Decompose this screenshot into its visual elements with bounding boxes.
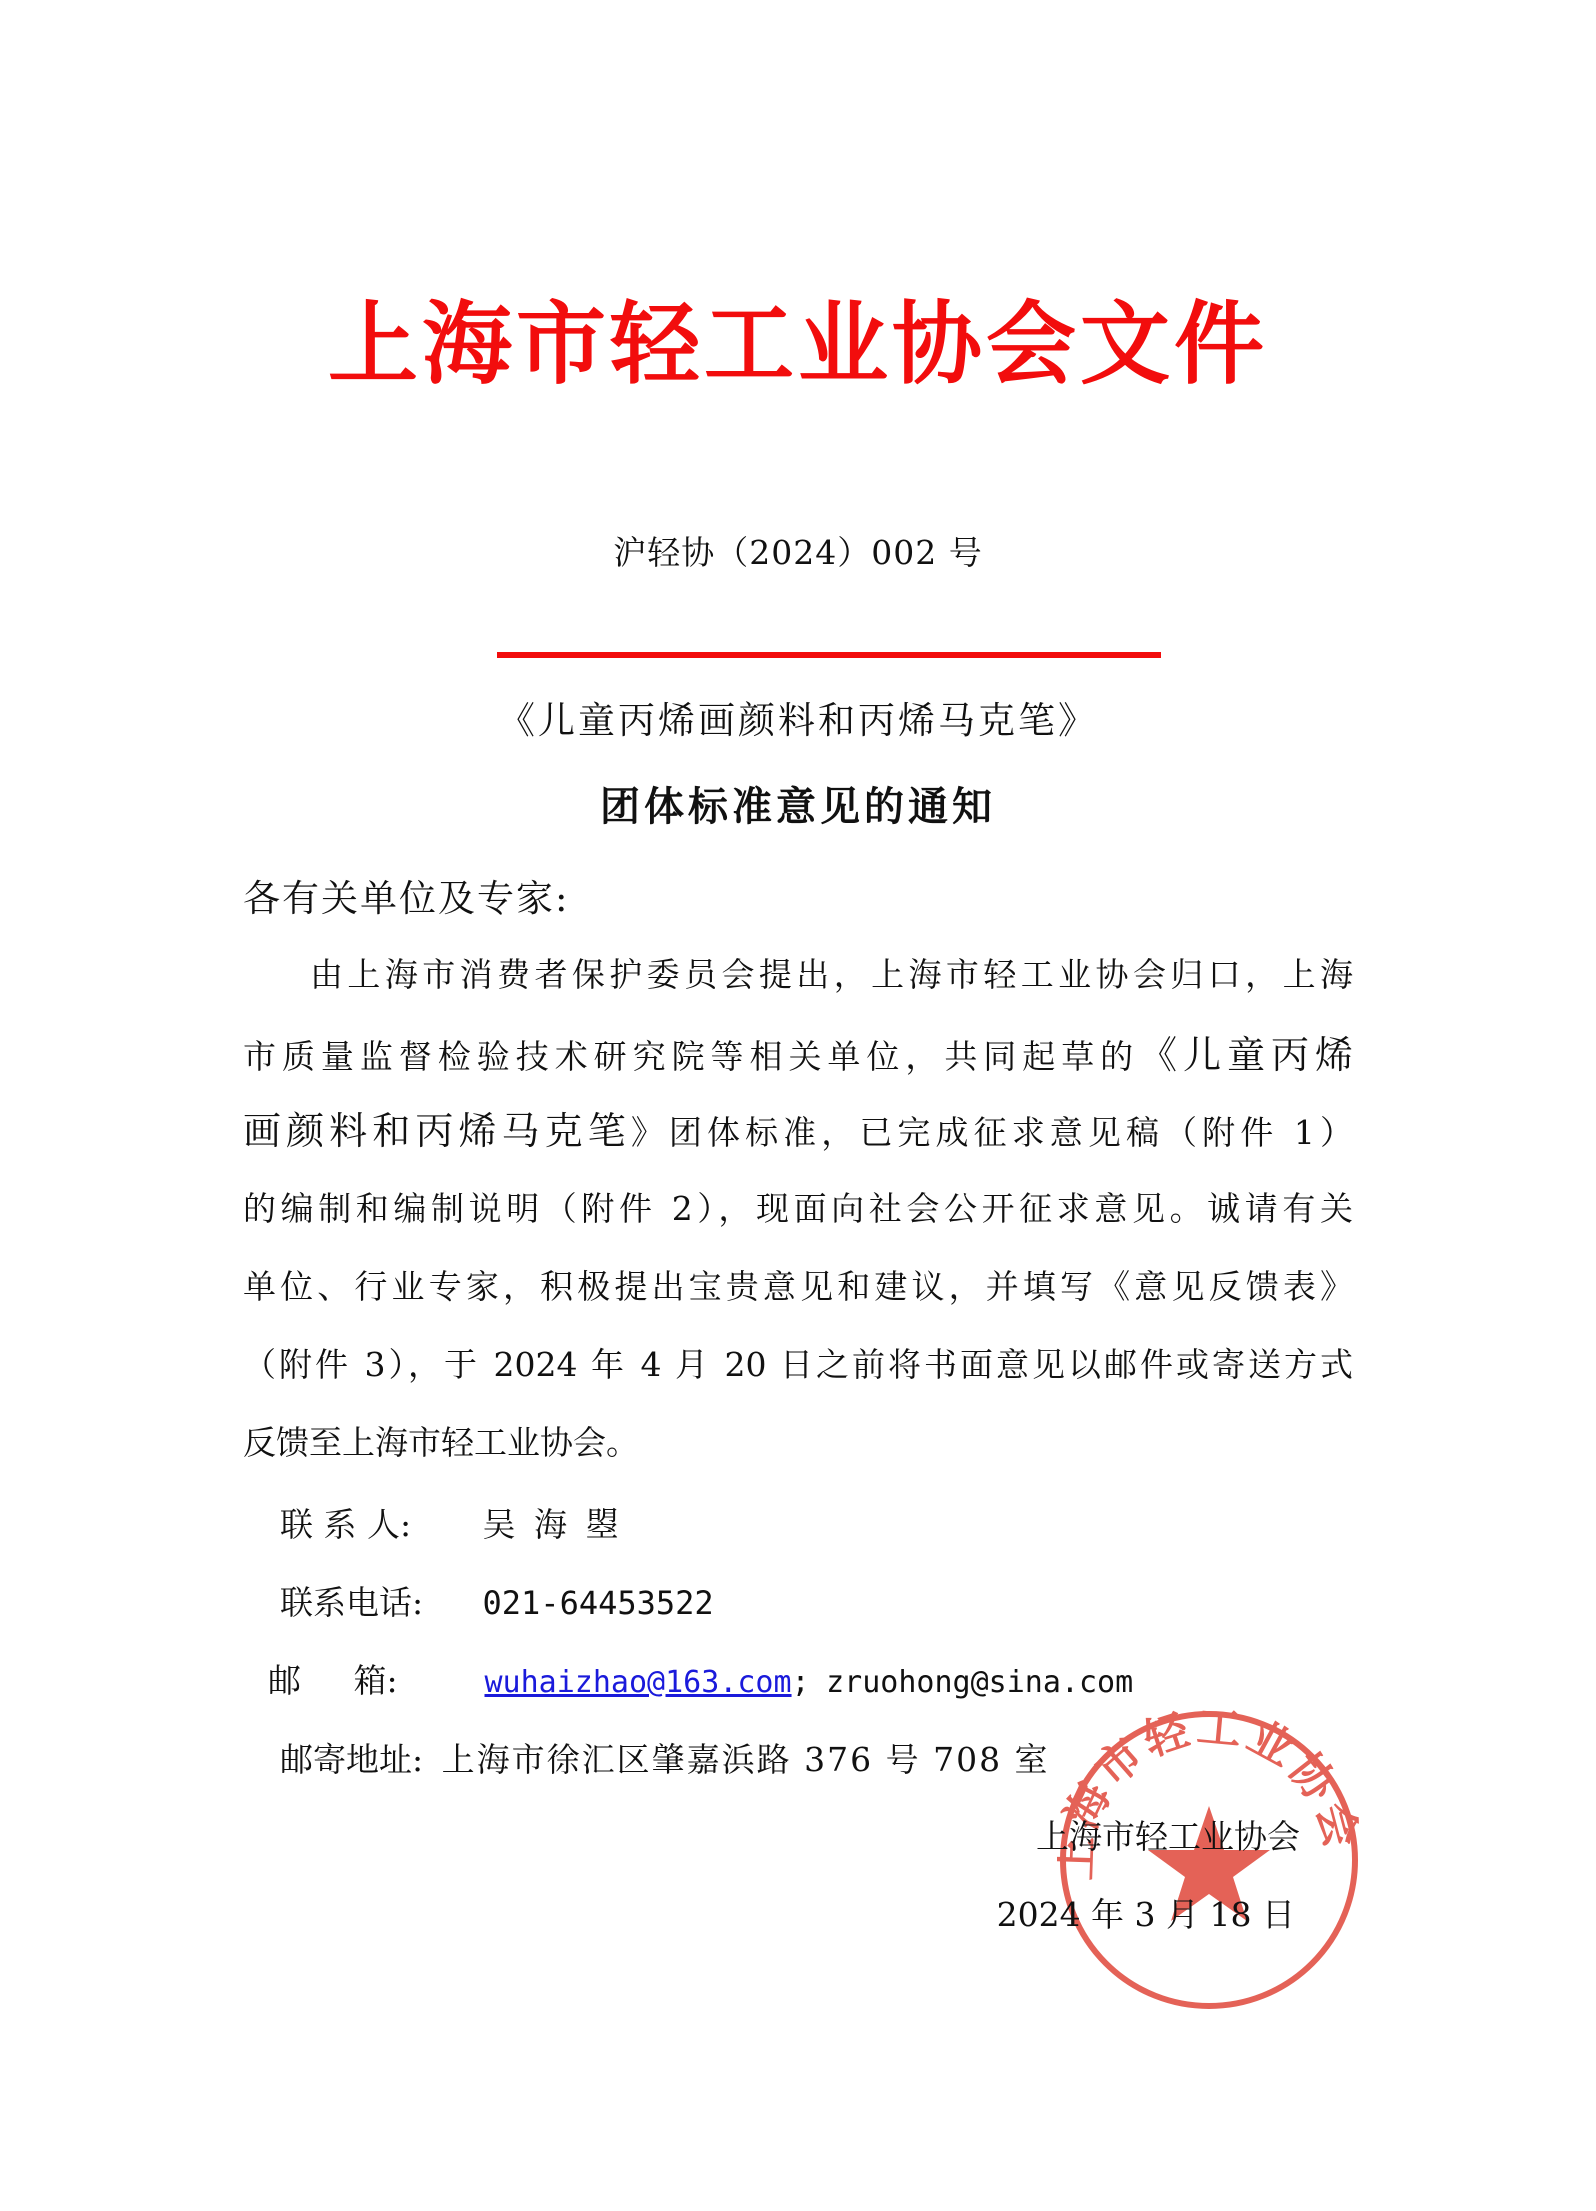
masthead-title: 上海市轻工业协会文件 — [0, 300, 1596, 390]
official-seal-stamp: 上海市轻工业协会 — [1057, 1708, 1361, 2012]
document-number: 沪轻协（2024）002 号 — [0, 536, 1596, 569]
contact-email-label: 邮 箱: — [268, 1664, 464, 1697]
standard-name-start: 《儿童丙烯 — [1139, 1033, 1353, 1077]
red-divider-line — [497, 652, 1161, 658]
email-secondary: zruohong@sina.com — [826, 1665, 1133, 1700]
body-line-3-text: 》团体标准，已完成征求意见稿（附件 1） — [631, 1113, 1353, 1152]
contact-address-label: 邮寄地址: — [280, 1743, 423, 1776]
email-link[interactable]: wuhaizhao@163.com — [485, 1665, 792, 1700]
contact-email-row: 邮 箱: wuhaizhao@163.com; zruohong@sina.co… — [268, 1664, 1133, 1698]
signature-organization: 上海市轻工业协会 — [900, 1820, 1300, 1853]
contact-address-row: 邮寄地址: 上海市徐汇区肇嘉浜路 376 号 708 室 — [280, 1743, 1050, 1776]
contact-phone-row: 联系电话: 021-64453522 — [280, 1586, 714, 1619]
salutation: 各有关单位及专家: — [243, 880, 569, 917]
contact-phone-label: 联系电话: — [280, 1586, 460, 1619]
body-line-2: 市质量监督检验技术研究院等相关单位，共同起草的《儿童丙烯 — [243, 1036, 1353, 1074]
body-line-1: 由上海市消费者保护委员会提出，上海市轻工业协会归口，上海 — [310, 958, 1353, 991]
email-separator: ; — [792, 1665, 810, 1700]
standard-name-end: 画颜料和丙烯马克笔 — [243, 1109, 631, 1153]
signature-date: 2024 年 3 月 18 日 — [900, 1898, 1295, 1931]
contact-person-value: 吴 海 曌 — [483, 1505, 623, 1544]
notice-title-line1: 《儿童丙烯画颜料和丙烯马克笔》 — [0, 702, 1596, 739]
contact-address-value: 上海市徐汇区肇嘉浜路 376 号 708 室 — [442, 1740, 1050, 1779]
body-line-4: 的编制和编制说明（附件 2），现面向社会公开征求意见。诚请有关 — [243, 1192, 1353, 1225]
body-line-3: 画颜料和丙烯马克笔》团体标准，已完成征求意见稿（附件 1） — [243, 1112, 1353, 1150]
body-line-6: （附件 3），于 2024 年 4 月 20 日之前将书面意见以邮件或寄送方式 — [243, 1348, 1353, 1381]
contact-phone-value: 021-64453522 — [483, 1584, 714, 1622]
notice-title-line2: 团体标准意见的通知 — [0, 787, 1596, 827]
body-line-2-text: 市质量监督检验技术研究院等相关单位，共同起草的 — [243, 1037, 1139, 1076]
contact-person-row: 联 系 人: 吴 海 曌 — [280, 1508, 622, 1541]
contact-person-label: 联 系 人: — [280, 1508, 460, 1541]
body-line-7: 反馈至上海市轻工业协会。 — [243, 1426, 1353, 1459]
body-line-5: 单位、行业专家，积极提出宝贵意见和建议，并填写《意见反馈表》 — [243, 1270, 1353, 1303]
